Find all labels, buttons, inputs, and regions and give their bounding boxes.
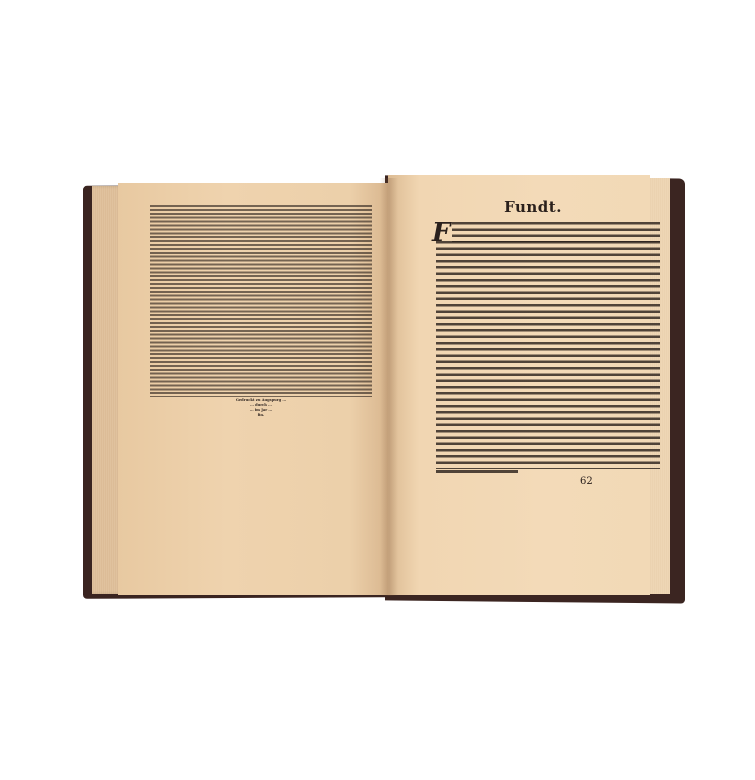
right-page-heading: Fundt. (488, 198, 578, 216)
colophon-line: fin. (150, 413, 372, 418)
left-page-text-block: Dense block of Fraktur text (illegible a… (150, 205, 372, 397)
right-page-text-intro (452, 222, 660, 242)
book-gutter (380, 178, 398, 596)
right-page-text-block: Fraktur text paragraph (illegible at thi… (436, 241, 660, 469)
open-book: Dense block of Fraktur text (illegible a… (0, 0, 755, 780)
left-page-colophon: Gedruckt zu Augspurg ... ... durch ... .… (150, 398, 372, 418)
right-page-last-line (436, 470, 518, 473)
page-number: 62 (580, 476, 593, 487)
